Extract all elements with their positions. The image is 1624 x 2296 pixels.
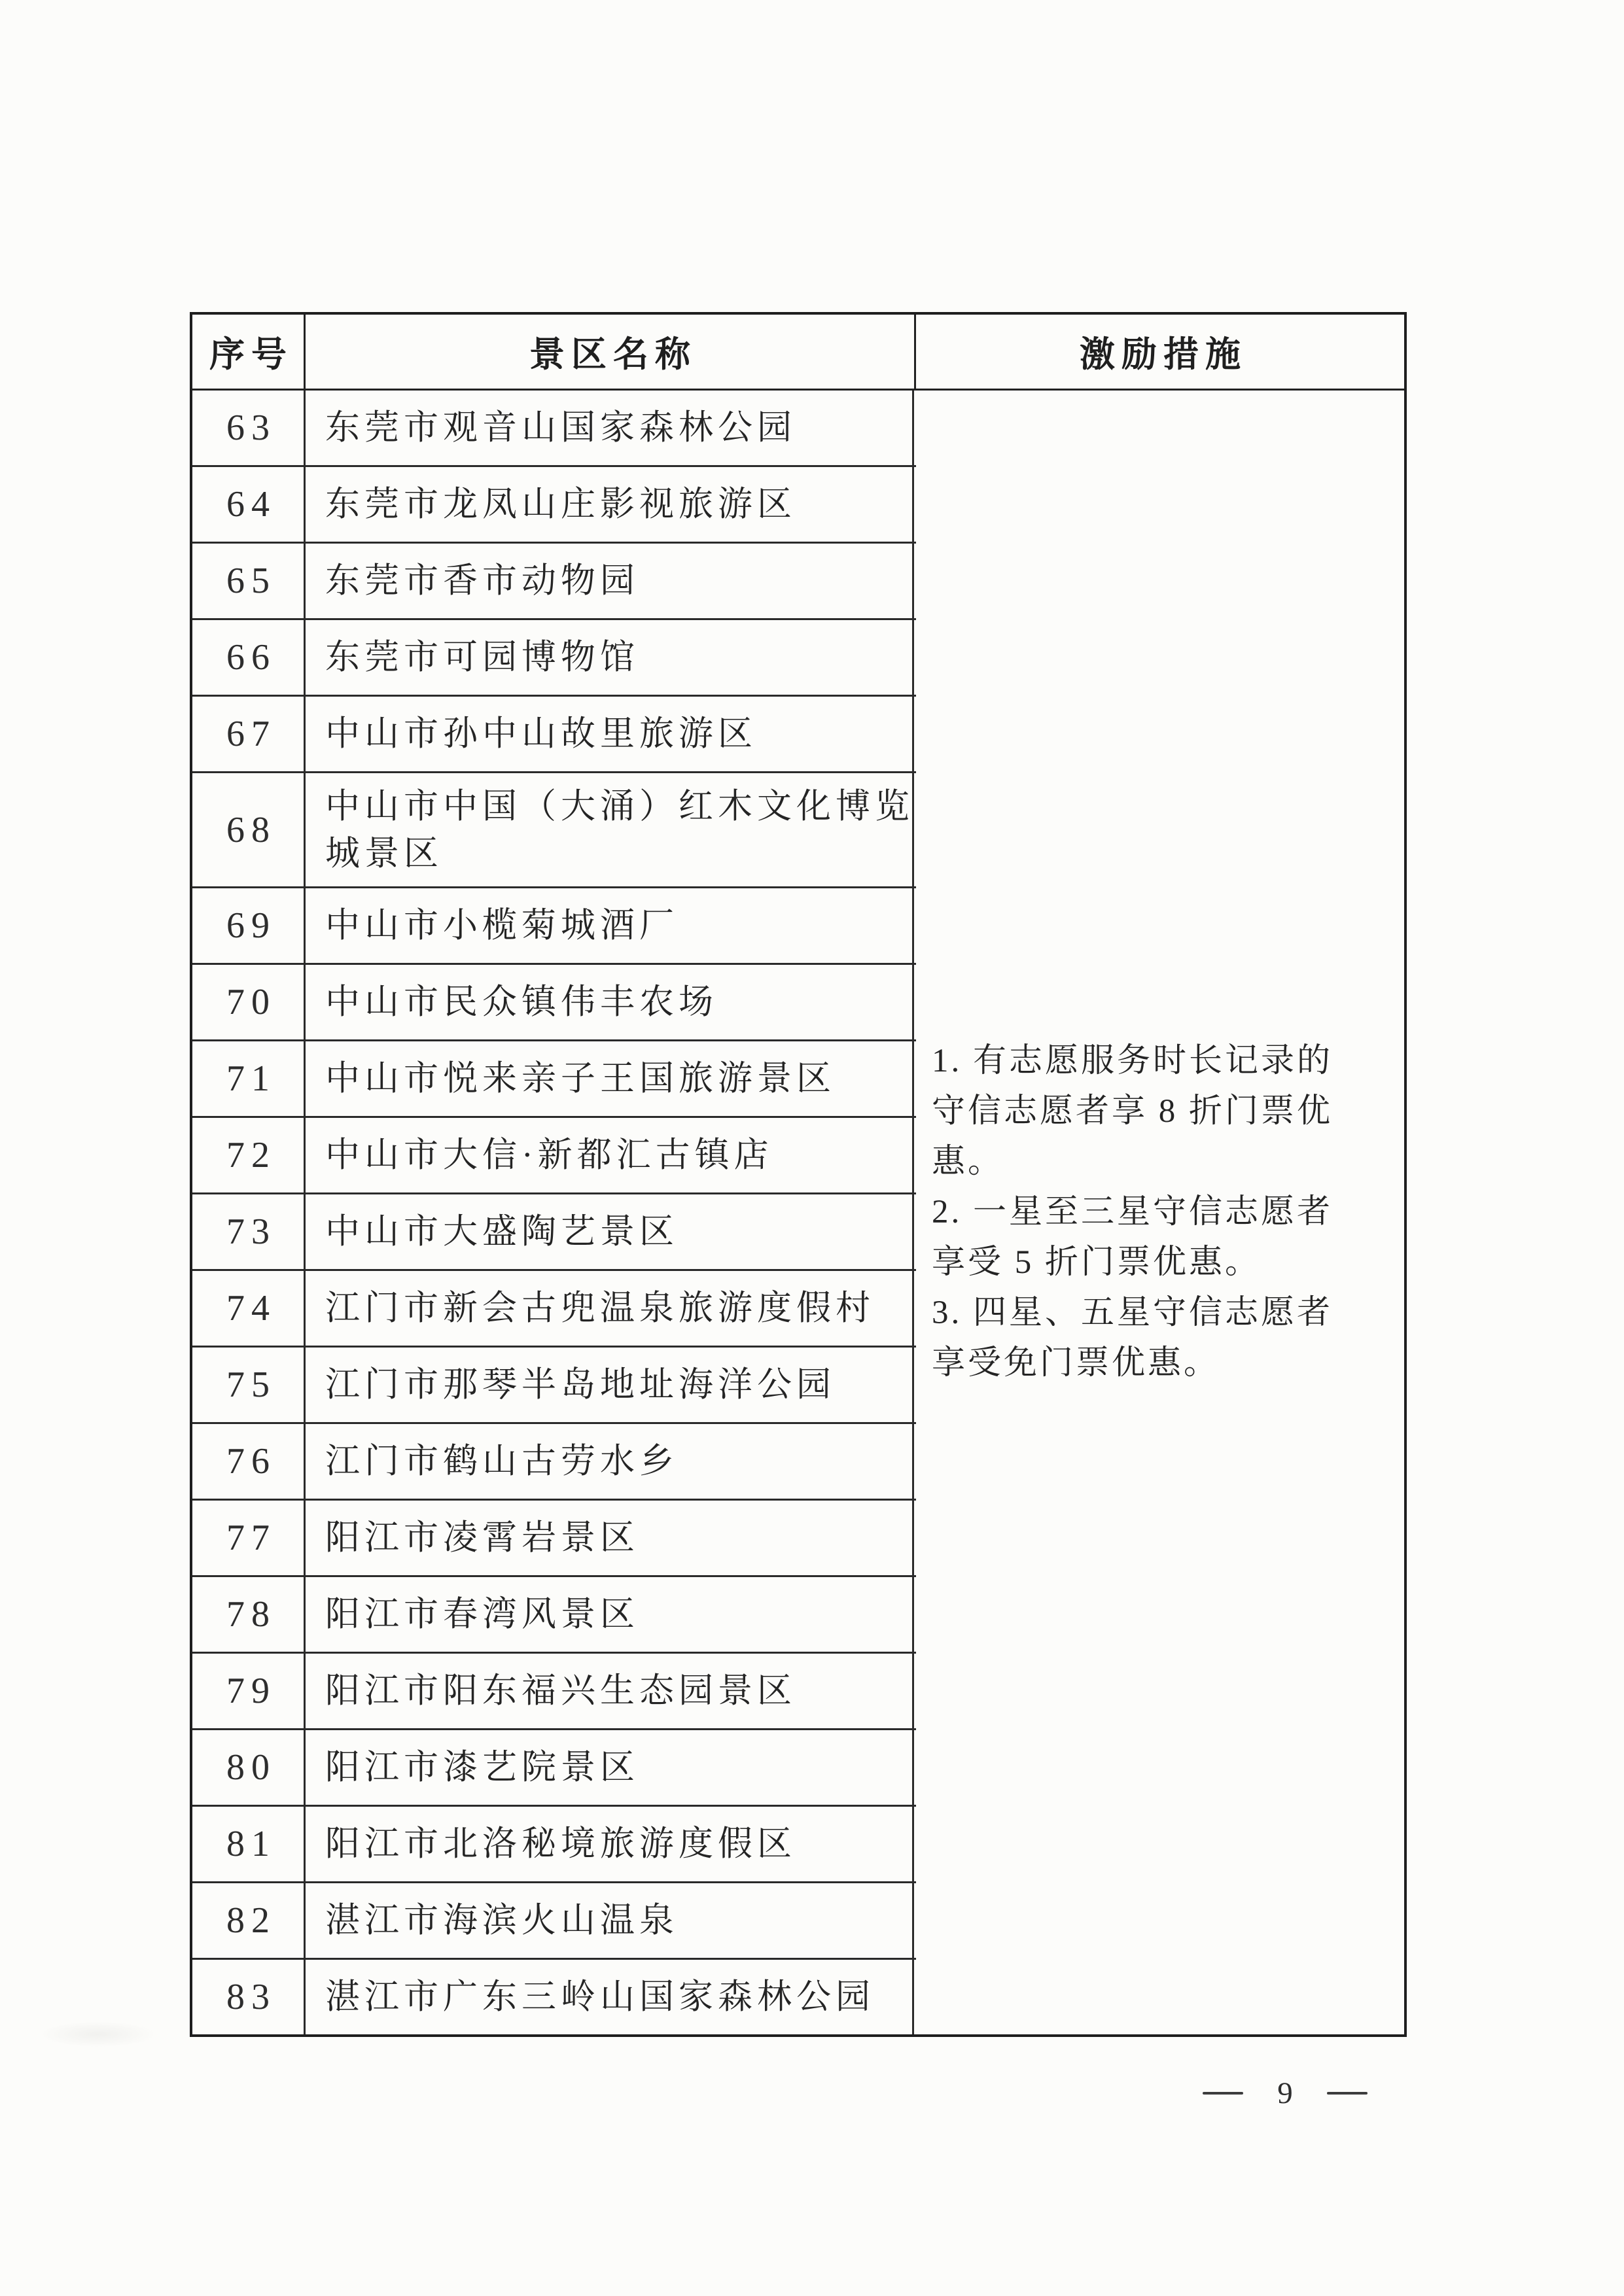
incentive-item: 1. 有志愿服务时长记录的 守信志愿者享 8 折门票优 惠。 bbox=[932, 1036, 1394, 1187]
row-number-cell: 75 bbox=[192, 1348, 306, 1422]
table-row: 75 江门市那琴半岛地址海洋公园 bbox=[192, 1348, 916, 1424]
table-row: 64 东莞市龙凤山庄影视旅游区 bbox=[192, 467, 916, 544]
row-number-cell: 74 bbox=[192, 1271, 306, 1346]
table-header-row: 序号 景区名称 激励措施 bbox=[192, 315, 1404, 391]
row-number-cell: 82 bbox=[192, 1883, 306, 1958]
row-number-cell: 78 bbox=[192, 1577, 306, 1652]
header-cell-incentive: 激励措施 bbox=[916, 315, 1404, 389]
row-number-cell: 66 bbox=[192, 620, 306, 695]
table-row: 77 阳江市凌霄岩景区 bbox=[192, 1501, 916, 1577]
row-number-cell: 72 bbox=[192, 1118, 306, 1192]
incentive-item: 2. 一星至三星守信志愿者 享受 5 折门票优惠。 bbox=[932, 1187, 1394, 1288]
row-name-cell: 东莞市香市动物园 bbox=[306, 544, 914, 618]
row-name-cell: 中山市中国（大涌）红木文化博览 城景区 bbox=[306, 773, 914, 886]
row-name-cell: 湛江市广东三岭山国家森林公园 bbox=[306, 1960, 914, 2034]
table-row: 78 阳江市春湾风景区 bbox=[192, 1577, 916, 1654]
table-row: 68 中山市中国（大涌）红木文化博览 城景区 bbox=[192, 773, 916, 888]
page-number: 9 bbox=[1203, 2072, 1368, 2114]
row-number-cell: 65 bbox=[192, 544, 306, 618]
row-number-cell: 63 bbox=[192, 391, 306, 465]
row-name-cell: 东莞市龙凤山庄影视旅游区 bbox=[306, 467, 914, 542]
header-cell-index: 序号 bbox=[192, 315, 306, 389]
page-number-dash-left bbox=[1203, 2092, 1243, 2095]
row-name-cell: 江门市那琴半岛地址海洋公园 bbox=[306, 1348, 914, 1422]
table-row: 83 湛江市广东三岭山国家森林公园 bbox=[192, 1960, 916, 2034]
row-number-cell: 69 bbox=[192, 888, 306, 963]
row-name-cell: 东莞市观音山国家森林公园 bbox=[306, 391, 914, 465]
row-name-cell: 东莞市可园博物馆 bbox=[306, 620, 914, 695]
row-name-cell: 阳江市凌霄岩景区 bbox=[306, 1501, 914, 1575]
table-row: 63 东莞市观音山国家森林公园 bbox=[192, 391, 916, 467]
row-name-cell: 阳江市春湾风景区 bbox=[306, 1577, 914, 1652]
row-number-cell: 77 bbox=[192, 1501, 306, 1575]
row-number-cell: 83 bbox=[192, 1960, 306, 2034]
table-row: 69 中山市小榄菊城酒厂 bbox=[192, 888, 916, 965]
document-page: 序号 景区名称 激励措施 63 东莞市观音山国家森林公园 64 东莞市龙凤山庄影… bbox=[0, 0, 1624, 2296]
table-row: 66 东莞市可园博物馆 bbox=[192, 620, 916, 697]
row-number-cell: 81 bbox=[192, 1807, 306, 1881]
row-name-cell: 江门市鹤山古劳水乡 bbox=[306, 1424, 914, 1499]
row-number-cell: 70 bbox=[192, 965, 306, 1039]
table-row: 72 中山市大信·新都汇古镇店 bbox=[192, 1118, 916, 1194]
row-name-cell: 中山市悦来亲子王国旅游景区 bbox=[306, 1041, 914, 1116]
row-number-cell: 76 bbox=[192, 1424, 306, 1499]
table-row: 70 中山市民众镇伟丰农场 bbox=[192, 965, 916, 1041]
row-name-cell: 阳江市漆艺院景区 bbox=[306, 1730, 914, 1805]
row-name-cell: 中山市大信·新都汇古镇店 bbox=[306, 1118, 914, 1192]
incentive-cell: 1. 有志愿服务时长记录的 守信志愿者享 8 折门票优 惠。 2. 一星至三星守… bbox=[916, 391, 1404, 2034]
row-number-cell: 73 bbox=[192, 1194, 306, 1269]
page-number-value: 9 bbox=[1277, 2076, 1293, 2111]
row-number-cell: 79 bbox=[192, 1654, 306, 1728]
table-row: 76 江门市鹤山古劳水乡 bbox=[192, 1424, 916, 1501]
table-row: 74 江门市新会古兜温泉旅游度假村 bbox=[192, 1271, 916, 1348]
page-number-dash-right bbox=[1327, 2092, 1368, 2095]
scan-smudge bbox=[39, 2021, 157, 2047]
table-row: 65 东莞市香市动物园 bbox=[192, 544, 916, 620]
table-row: 82 湛江市海滨火山温泉 bbox=[192, 1883, 916, 1960]
row-name-cell: 湛江市海滨火山温泉 bbox=[306, 1883, 914, 1958]
table-row: 79 阳江市阳东福兴生态园景区 bbox=[192, 1654, 916, 1730]
row-name-cell: 中山市民众镇伟丰农场 bbox=[306, 965, 914, 1039]
row-number-cell: 71 bbox=[192, 1041, 306, 1116]
table-row: 67 中山市孙中山故里旅游区 bbox=[192, 697, 916, 773]
table-row: 80 阳江市漆艺院景区 bbox=[192, 1730, 916, 1807]
row-number-cell: 67 bbox=[192, 697, 306, 771]
row-number-cell: 64 bbox=[192, 467, 306, 542]
table-row: 71 中山市悦来亲子王国旅游景区 bbox=[192, 1041, 916, 1118]
table-row: 81 阳江市北洛秘境旅游度假区 bbox=[192, 1807, 916, 1883]
table-row: 73 中山市大盛陶艺景区 bbox=[192, 1194, 916, 1271]
row-name-cell: 江门市新会古兜温泉旅游度假村 bbox=[306, 1271, 914, 1346]
row-name-cell: 中山市小榄菊城酒厂 bbox=[306, 888, 914, 963]
row-name-cell: 中山市大盛陶艺景区 bbox=[306, 1194, 914, 1269]
row-number-cell: 68 bbox=[192, 773, 306, 886]
incentive-item: 3. 四星、五星守信志愿者 享受免门票优惠。 bbox=[932, 1288, 1394, 1389]
table-body-rows: 63 东莞市观音山国家森林公园 64 东莞市龙凤山庄影视旅游区 65 东莞市香市… bbox=[192, 391, 916, 2034]
row-name-cell: 中山市孙中山故里旅游区 bbox=[306, 697, 914, 771]
header-cell-name: 景区名称 bbox=[306, 315, 916, 389]
scenic-area-table: 序号 景区名称 激励措施 63 东莞市观音山国家森林公园 64 东莞市龙凤山庄影… bbox=[190, 312, 1407, 2037]
table-body: 63 东莞市观音山国家森林公园 64 东莞市龙凤山庄影视旅游区 65 东莞市香市… bbox=[192, 391, 1404, 2034]
row-number-cell: 80 bbox=[192, 1730, 306, 1805]
row-name-cell: 阳江市北洛秘境旅游度假区 bbox=[306, 1807, 914, 1881]
row-name-cell: 阳江市阳东福兴生态园景区 bbox=[306, 1654, 914, 1728]
